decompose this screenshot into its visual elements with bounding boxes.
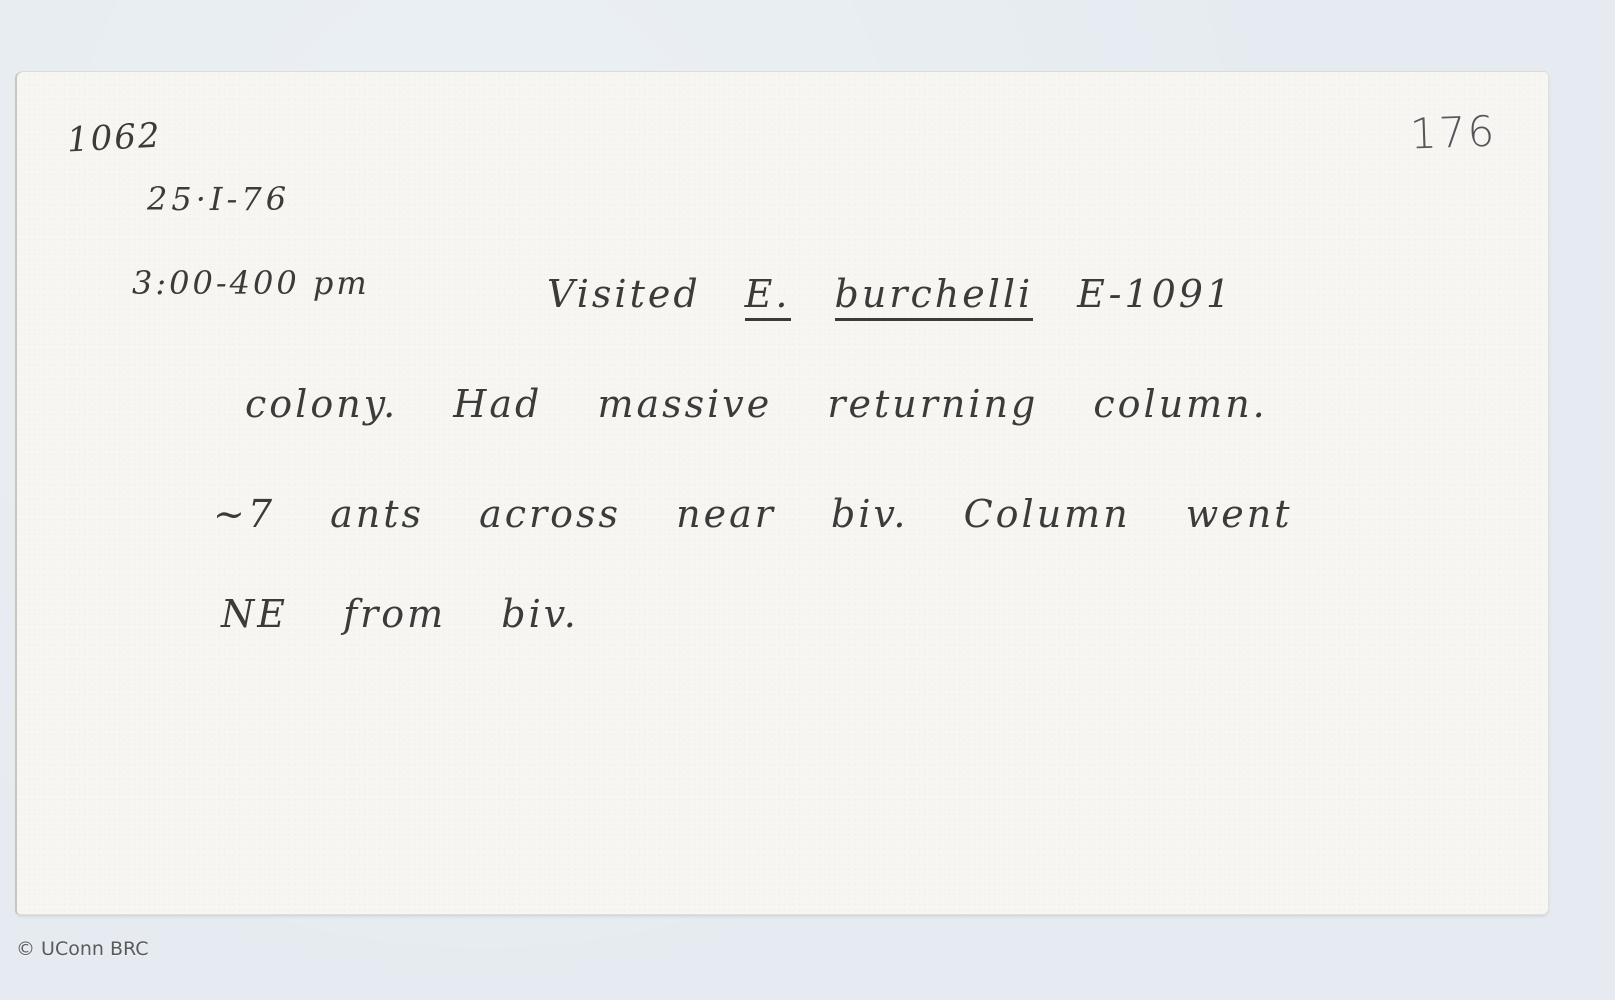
record-number: 1062	[66, 116, 162, 161]
copyright-notice: © UConn BRC	[16, 938, 149, 960]
note-line-2: colony. Had massive returning column.	[245, 382, 1268, 426]
note-line-4: NE from biv.	[221, 592, 579, 636]
note-line-1: VisitedE.burchelliE-1091	[547, 272, 1277, 321]
observation-date: 25·I-76	[147, 180, 290, 218]
note-line-3: ~7 ants across near biv. Column went	[213, 492, 1293, 536]
species-epithet: burchelli	[835, 272, 1034, 321]
note-verb: Visited	[547, 272, 701, 316]
field-note-card: 1062 176 25·I-76 3:00-400 pm VisitedE.bu…	[17, 72, 1548, 914]
species-genus: E.	[745, 272, 791, 321]
observation-time: 3:00-400 pm	[132, 264, 370, 302]
card-number: 176	[1409, 107, 1497, 159]
colony-id: E-1091	[1077, 272, 1233, 316]
